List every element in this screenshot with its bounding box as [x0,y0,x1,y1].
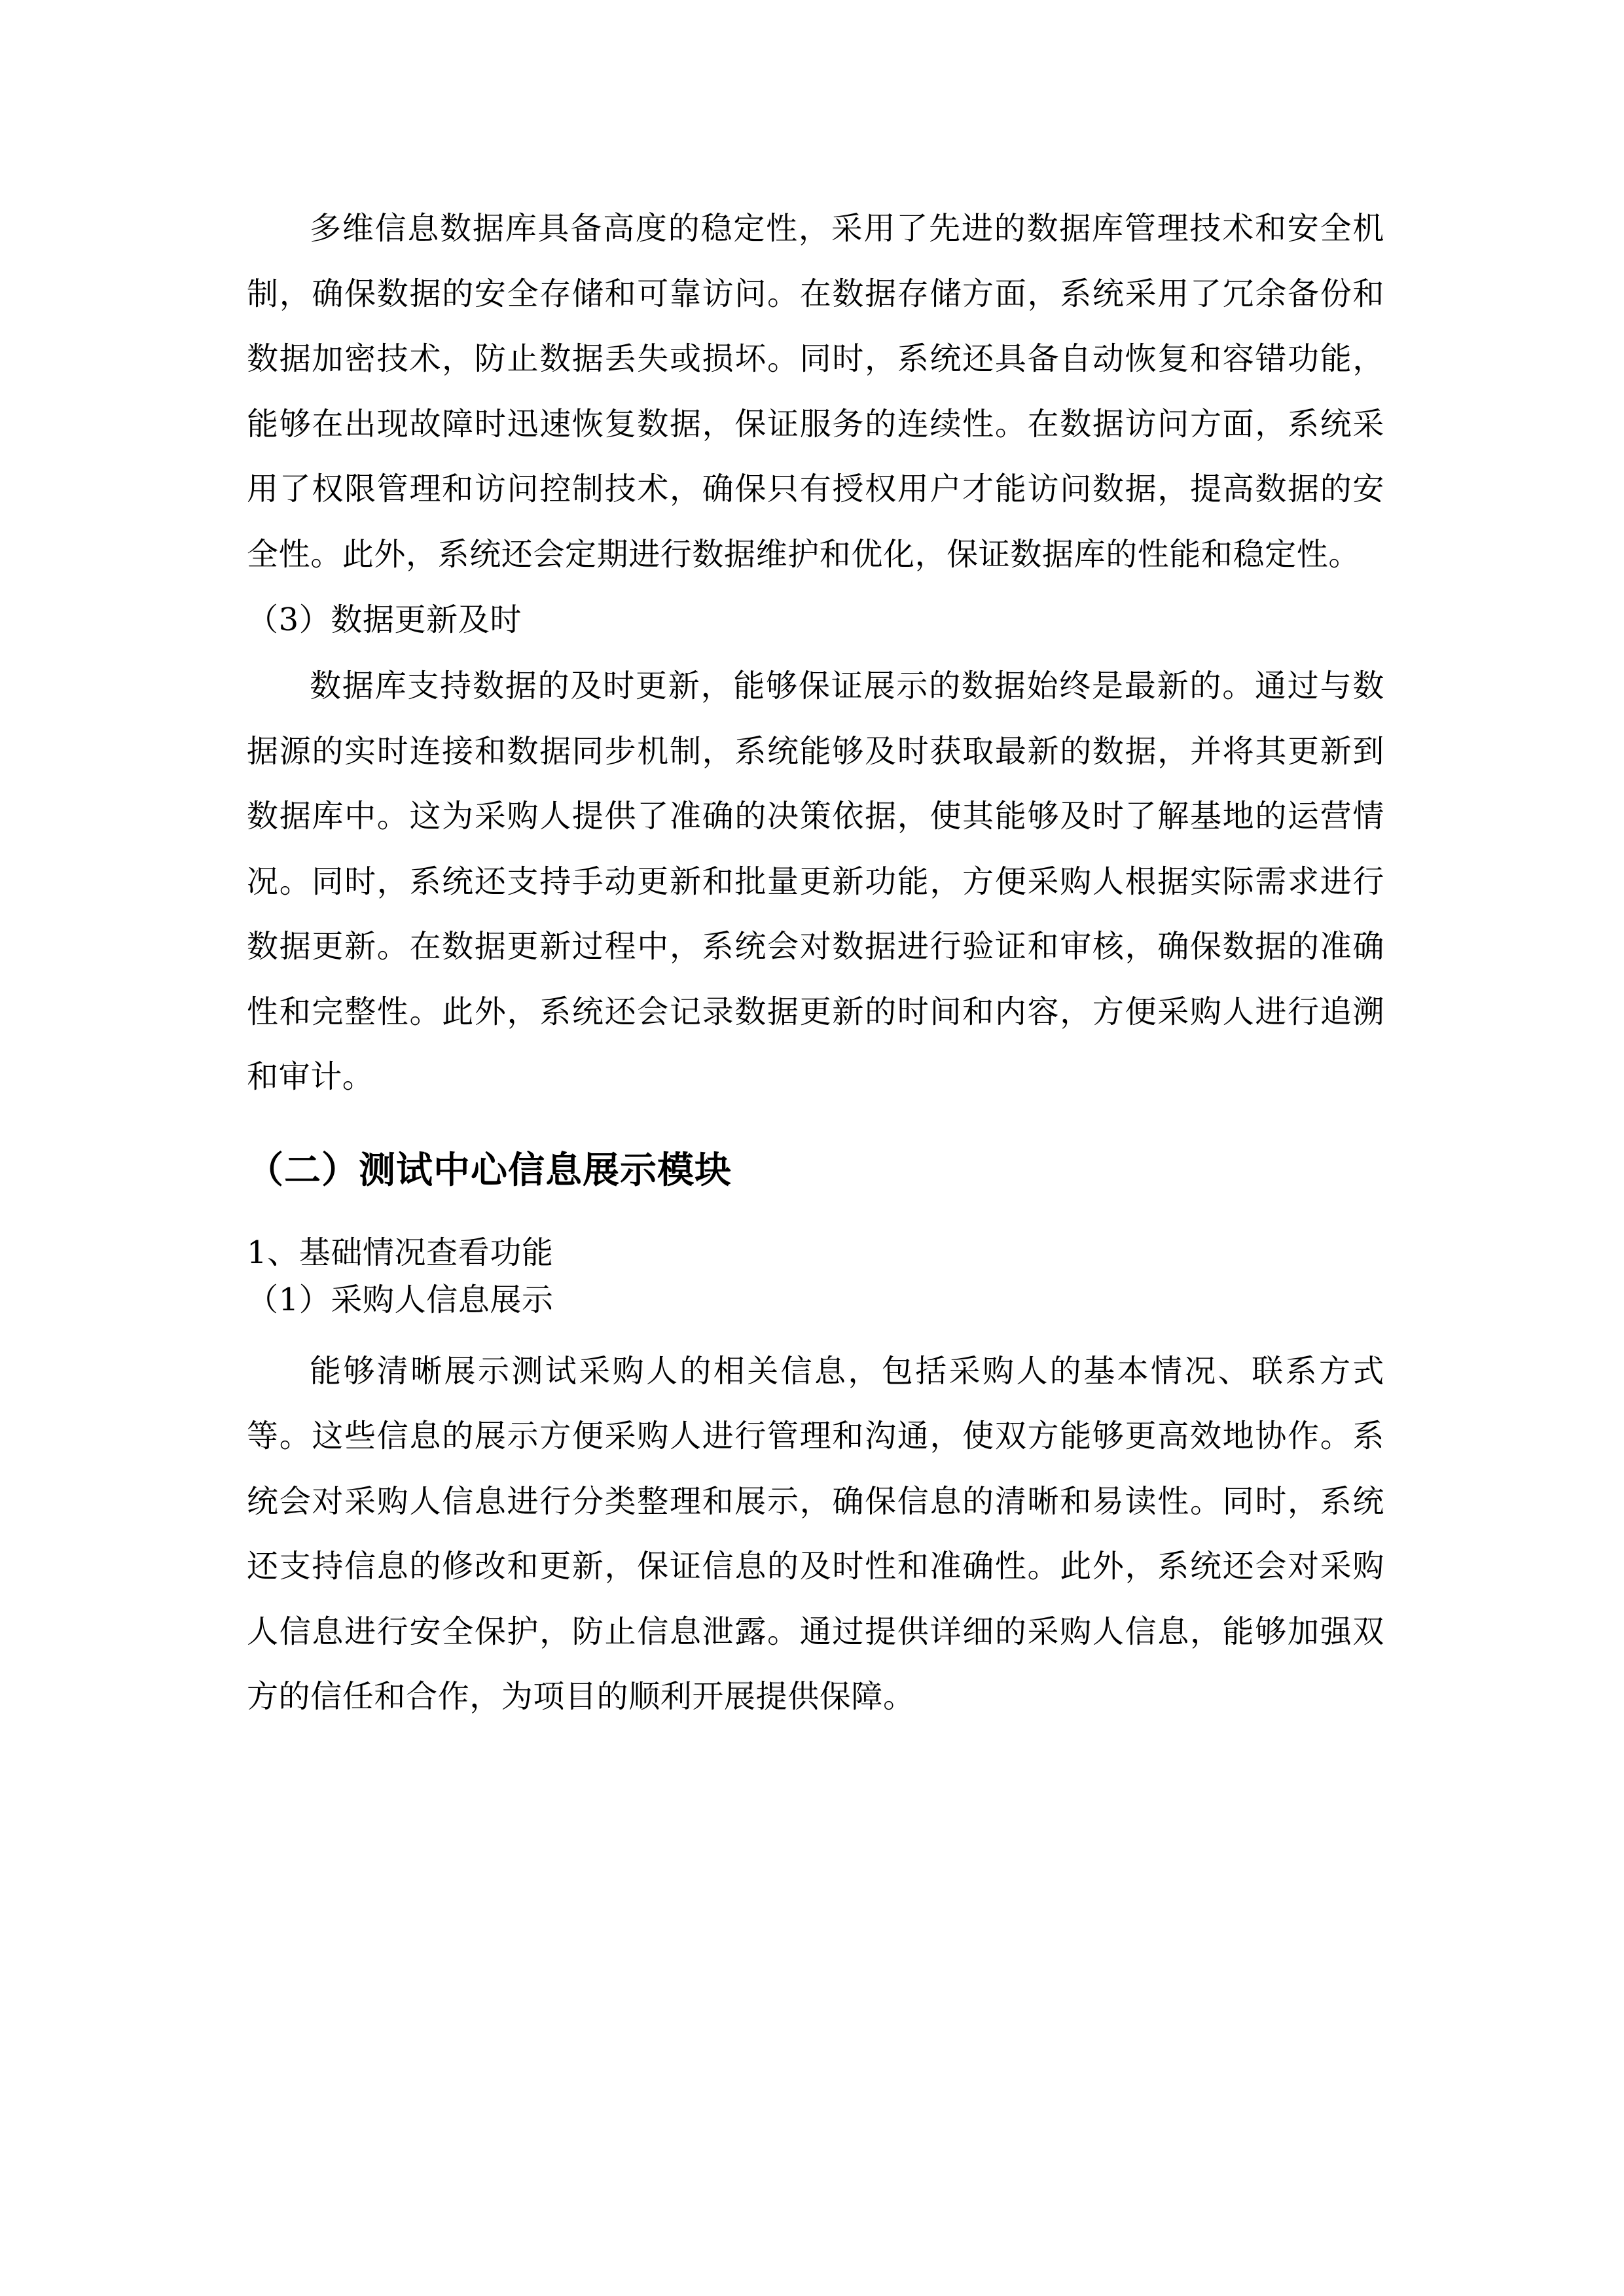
subheading-data-update-timely: （3）数据更新及时 [247,599,1384,641]
spacer [247,587,1384,599]
subheading-purchaser-info: （1）采购人信息展示 [247,1279,1384,1321]
paragraph-database-stability: 多维信息数据库具备高度的稳定性，采用了先进的数据库管理技术和安全机制，确保数据的… [247,196,1384,587]
paragraph-purchaser-info: 能够清晰展示测试采购人的相关信息，包括采购人的基本情况、联系方式等。这些信息的展… [247,1339,1384,1730]
paragraph-data-update: 数据库支持数据的及时更新，能够保证展示的数据始终是最新的。通过与数据源的实时连接… [247,654,1384,1110]
spacer [247,1110,1384,1147]
spacer [247,1274,1384,1279]
spacer [247,1321,1384,1339]
spacer [247,1194,1384,1232]
spacer [247,641,1384,654]
section-heading-test-center-module: （二）测试中心信息展示模块 [247,1147,1384,1194]
subheading-basic-info-view: 1、基础情况查看功能 [247,1232,1384,1274]
document-page: 多维信息数据库具备高度的稳定性，采用了先进的数据库管理技术和安全机制，确保数据的… [0,0,1624,2296]
page-content: 多维信息数据库具备高度的稳定性，采用了先进的数据库管理技术和安全机制，确保数据的… [247,196,1384,1730]
